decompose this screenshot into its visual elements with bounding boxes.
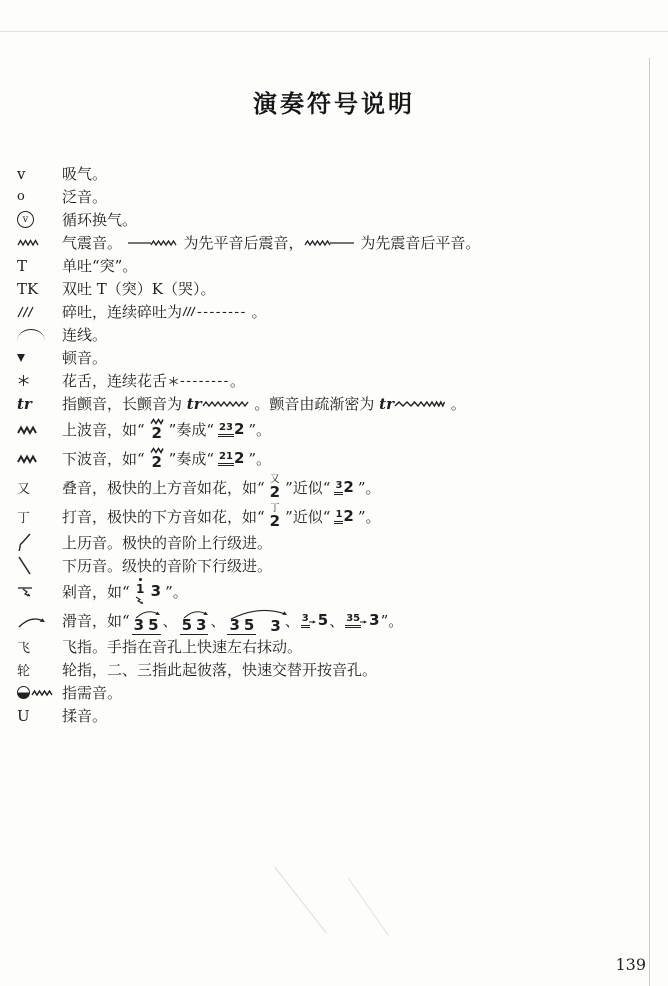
row-desc: 花舌，连续花舌: [62, 370, 167, 391]
continuation-dashes: --------: [197, 304, 247, 320]
row-desc: ”。: [165, 581, 188, 602]
note-with-mark: 又 2: [270, 475, 280, 501]
row-desc: ”。: [381, 610, 404, 631]
note: 5: [242, 618, 256, 635]
note: 3: [132, 618, 146, 635]
separator: 、: [163, 610, 178, 631]
main-note: 3: [369, 613, 379, 628]
row-desc: 泛音。: [62, 186, 107, 207]
circled-v-icon: v: [17, 211, 34, 228]
u-symbol: U: [17, 707, 30, 725]
wavy-then-line-icon: [304, 238, 356, 247]
trill-wavy-icon: [202, 399, 250, 408]
row-breath-vibrato: 气震音。 为先平音后震音， 为先震音后平音。: [15, 231, 651, 254]
row-desc: 下波音，如“: [62, 448, 145, 469]
grace-notes: 21: [218, 452, 234, 466]
row-dayin: 丁 打音，极快的下方音如花，如“ 丁 2 ”近似“ 12 ”。: [15, 502, 651, 531]
row-single-tongue: T 单吐“突”。: [15, 254, 651, 277]
slide-arrow-icon: [17, 613, 49, 629]
tr-symbol: tr: [17, 395, 32, 413]
row-rolling-fingers: 轮 轮指，二、三指此起彼落，快速交替开按音孔。: [15, 658, 651, 681]
tr-symbol: tr: [187, 395, 202, 413]
row-desc: 剁音，如“: [62, 581, 130, 602]
row-flutter-tongue: 花舌，连续花舌 -------- 。: [15, 369, 651, 392]
source-note: 2: [270, 485, 280, 500]
row-desc: 双吐 T（突）K（哭）。: [62, 278, 215, 299]
scan-artifact-streak: [274, 867, 327, 934]
line-then-wavy-icon: [127, 238, 179, 247]
slide-example: 3 5: [132, 607, 161, 635]
row-desc: 上波音，如“: [62, 419, 145, 440]
triple-slash-icon: [182, 306, 197, 317]
triangle-down-icon: [17, 354, 25, 362]
row-desc: 飞指。手指在音孔上快速左右抹动。: [62, 636, 302, 657]
scan-artifact-line: [0, 31, 668, 32]
row-flying-finger: 飞 飞指。手指在音孔上快速左右抹动。: [15, 635, 651, 658]
source-note: 2: [151, 455, 161, 470]
t-symbol: T: [17, 257, 27, 275]
row-desc: 轮指，二、三指此起彼落，快速交替开按音孔。: [62, 659, 377, 680]
slur-arc-icon: [17, 329, 45, 341]
row-inhale: v 吸气。: [15, 162, 651, 185]
row-desc: 指颤音，长颤音为: [62, 393, 187, 414]
row-desc: 气震音。: [62, 232, 127, 253]
row-harmonic: o 泛音。: [15, 185, 651, 208]
result-notation: 212: [218, 451, 244, 466]
row-desc: 碎吐，连续碎吐为: [62, 301, 182, 322]
row-desc: 为先平音后震音，: [179, 232, 304, 253]
row-desc: 揉音。: [62, 705, 107, 726]
wavy-line-icon: [17, 238, 39, 247]
note-with-mordent: 2: [150, 447, 164, 470]
breath-v-symbol: v: [17, 165, 25, 183]
main-note: 2: [234, 451, 244, 466]
row-desc: 滑音，如“: [62, 610, 130, 631]
continuation-dashes: --------: [180, 373, 230, 389]
note: 3: [194, 618, 208, 635]
slide-example: 5 3: [180, 607, 209, 635]
row-desc: 循环换气。: [62, 209, 137, 230]
row-descending-run: 下历音。级快的音阶下行级进。: [15, 554, 651, 577]
result-notation: 12: [334, 509, 353, 524]
symbol-list: v 吸气。 o 泛音。 v 循环换气。 气震音。 为先平音后震音， 为先震音后平…: [15, 162, 651, 727]
note: 5: [180, 618, 194, 635]
circle-o-symbol: o: [17, 189, 25, 204]
separator: 、: [329, 610, 344, 631]
row-desc: 顿音。: [62, 347, 107, 368]
half-filled-circle-icon: [17, 686, 30, 699]
row-double-tongue: TK 双吐 T（突）K（哭）。: [15, 277, 651, 300]
row-desc: 单吐“突”。: [62, 255, 137, 276]
slide-example: 3 5: [301, 613, 328, 628]
note: 3: [227, 618, 241, 635]
row-glissando: 滑音，如“ 3 5 、 5 3 、 3 5 3: [15, 606, 651, 635]
slide-arrow-icon: [227, 607, 293, 620]
row-circular-breathing: v 循环换气。: [15, 208, 651, 231]
row-desc: 连线。: [62, 324, 107, 345]
row-desc: 为先震音后平音。: [356, 232, 481, 253]
row-ascending-run: 上历音。极快的音阶上行级进。: [15, 531, 651, 554]
tiny-arrow-icon: [309, 618, 317, 626]
slide-arrow-icon: [132, 607, 164, 619]
note: 5: [146, 618, 160, 635]
slide-example: 35 3: [345, 613, 379, 628]
row-desc: ”。: [358, 477, 381, 498]
row-desc: 吸气。: [62, 163, 107, 184]
document-page: 演奏符号说明 v 吸气。 o 泛音。 v 循环换气。 气震音。 为先平音后震音，: [0, 0, 668, 986]
slide-example: 3 5 3: [227, 607, 282, 635]
separator: 、: [210, 610, 225, 631]
row-desc: ”奏成“: [169, 419, 214, 440]
grace-notes: 23: [218, 423, 234, 437]
row-trill: tr 指颤音，长颤音为 tr 。颤音由疏渐密为 tr 。: [15, 392, 651, 415]
up-run-icon: [17, 533, 32, 552]
tk-symbol: TK: [17, 280, 38, 298]
star-icon: [17, 374, 30, 388]
page-title: 演奏符号说明: [0, 84, 668, 119]
row-desc: 。: [446, 393, 466, 414]
fei-character-symbol: 飞: [17, 637, 30, 656]
tiny-arrow-icon: [360, 618, 368, 626]
grace-notes: 35: [345, 614, 361, 628]
trill-wavy-dense-icon: [394, 399, 446, 408]
tr-symbol: tr: [379, 395, 394, 413]
row-desc: 。颤音由疏渐密为: [250, 393, 380, 414]
ding-character-symbol: 丁: [17, 507, 30, 526]
row-desc: ”近似“: [285, 506, 330, 527]
row-desc: 。: [247, 301, 267, 322]
octave-dot: [139, 578, 142, 581]
row-desc: 上历音。极快的音阶上行级进。: [62, 532, 272, 553]
row-slur: 连线。: [15, 323, 651, 346]
source-note: 2: [151, 426, 161, 441]
row-desc: 。: [230, 370, 245, 391]
row-staccato: 顿音。: [15, 346, 651, 369]
row-rubbing-tone: U 揉音。: [15, 704, 651, 727]
main-note: 5: [318, 613, 328, 628]
note-with-mordent: 2: [150, 418, 164, 441]
lun-character-symbol: 轮: [17, 660, 30, 679]
row-upper-mordent: 上波音，如“ 2 ”奏成“ 232 ”。: [15, 415, 651, 444]
row-finger-vibrato: 指需音。: [15, 681, 651, 704]
page-number: 139: [615, 955, 646, 974]
high-note: 1: [136, 583, 144, 595]
row-desc: 下历音。级快的音阶下行级进。: [62, 555, 272, 576]
row-dieyin: 又 叠音，极快的上方音如花，如“ 又 2 ”近似“ 32 ”。: [15, 473, 651, 502]
row-desc: ”奏成“: [169, 448, 214, 469]
row-desc: ”。: [248, 448, 271, 469]
you-character-symbol: 又: [17, 478, 30, 497]
main-note: 2: [234, 422, 244, 437]
row-desc: 叠音，极快的上方音如花，如“: [62, 477, 265, 498]
row-desc: ”近似“: [285, 477, 330, 498]
note: 3: [268, 619, 282, 635]
high-note-with-chop: 1: [135, 578, 146, 605]
result-notation: 232: [218, 422, 244, 437]
main-note: 2: [343, 509, 353, 524]
down-run-icon: [17, 556, 32, 575]
row-lower-mordent: 下波音，如“ 2 ”奏成“ 212 ”。: [15, 444, 651, 473]
row-desc: 指需音。: [62, 682, 122, 703]
triple-slash-icon: [17, 306, 34, 318]
row-desc: ”。: [358, 506, 381, 527]
scan-artifact-streak: [348, 878, 389, 936]
main-note: 3: [151, 584, 161, 599]
source-note: 2: [270, 514, 280, 529]
grace-notes: 3: [334, 481, 343, 495]
row-desc: ”。: [248, 419, 271, 440]
chop-icon: [17, 585, 37, 599]
chop-icon: [135, 596, 146, 605]
row-shatter-tongue: 碎吐，连续碎吐为 -------- 。: [15, 300, 651, 323]
result-notation: 32: [334, 480, 353, 495]
slide-arrow-icon: [180, 607, 212, 619]
main-note: 2: [343, 480, 353, 495]
note-with-mark: 丁 2: [270, 504, 280, 530]
row-desc: 打音，极快的下方音如花，如“: [62, 506, 265, 527]
mordent-icon: [17, 425, 37, 435]
mordent-icon: [17, 454, 37, 464]
wavy-line-icon: [31, 688, 53, 697]
grace-notes: 1: [334, 510, 343, 524]
star-icon: [168, 375, 179, 387]
row-chop-tone: 剁音，如“ 1 3 ”。: [15, 577, 651, 606]
